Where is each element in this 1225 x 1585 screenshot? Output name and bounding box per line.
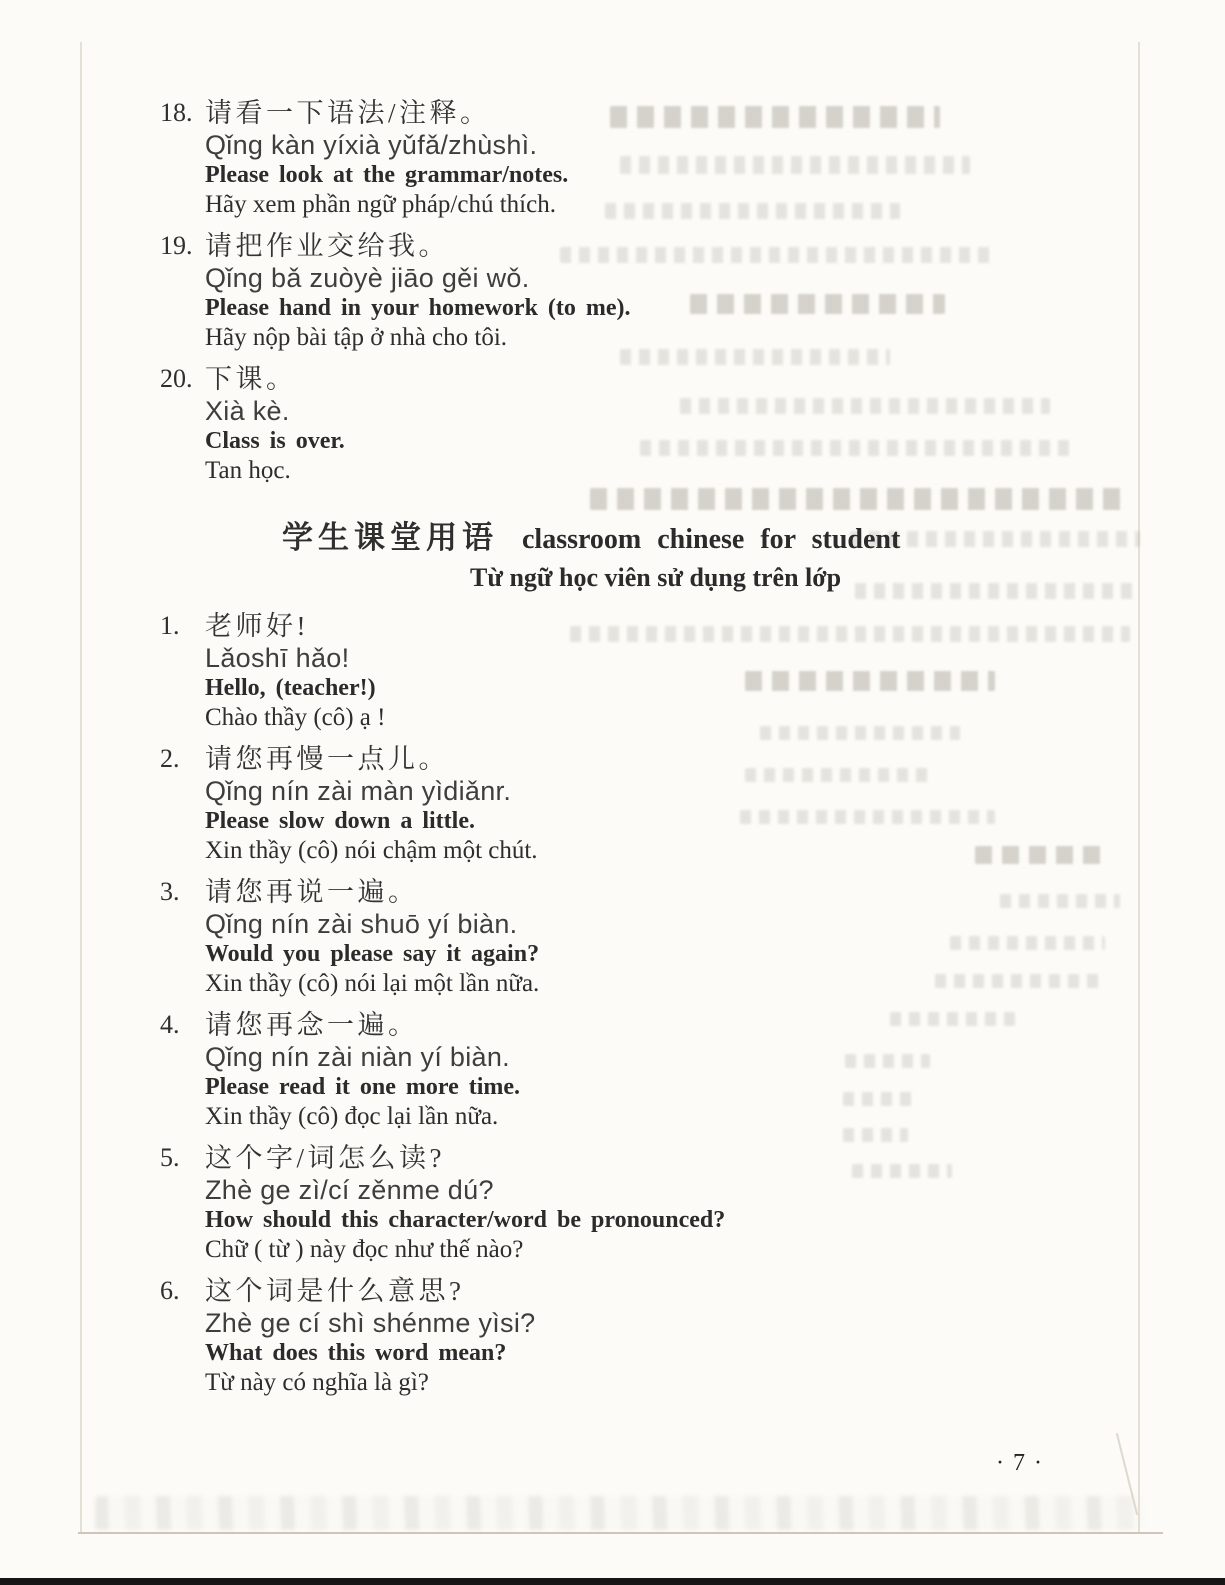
pinyin-line: Zhè ge zì/cí zěnme dú?	[205, 1175, 1020, 1205]
english-line: Hello, (teacher!)	[205, 673, 1020, 703]
phrase-entry: 18. 请看一下语法/注释。 Qǐng kàn yíxià yǔfǎ/zhùsh…	[160, 96, 1020, 220]
item-number: 2.	[160, 742, 205, 776]
pinyin-line: Qǐng nín zài niàn yí biàn.	[205, 1042, 1020, 1072]
phrase-lines: 请把作业交给我。 Qǐng bǎ zuòyè jiāo gěi wǒ. Plea…	[205, 229, 1020, 353]
vietnamese-line: Từ này có nghĩa là gì?	[205, 1368, 1020, 1398]
phrase-entry: 2. 请您再慢一点儿。 Qǐng nín zài màn yìdiǎnr. Pl…	[160, 742, 1020, 866]
english-line: Would you please say it again?	[205, 939, 1020, 969]
student-section-heading: 学生课堂用语 classroom chinese for student Từ …	[282, 512, 1020, 593]
chinese-line: 请把作业交给我。	[205, 229, 1020, 263]
item-number: 20.	[160, 362, 205, 396]
vietnamese-line: Chữ ( từ ) này đọc như thế nào?	[205, 1235, 1020, 1265]
teacher-phrases-section: 18. 请看一下语法/注释。 Qǐng kàn yíxià yǔfǎ/zhùsh…	[160, 96, 1020, 486]
phrase-lines: 请看一下语法/注释。 Qǐng kàn yíxià yǔfǎ/zhùshì. P…	[205, 96, 1020, 220]
english-line: Class is over.	[205, 426, 1020, 456]
chinese-line: 请您再念一遍。	[205, 1008, 1020, 1042]
heading-row: 学生课堂用语 classroom chinese for student	[282, 512, 1020, 557]
vietnamese-line: Hãy xem phần ngữ pháp/chú thích.	[205, 190, 1020, 220]
pinyin-line: Zhè ge cí shì shénme yìsi?	[205, 1308, 1020, 1338]
english-line: What does this word mean?	[205, 1338, 1020, 1368]
chinese-line: 请您再慢一点儿。	[205, 742, 1020, 776]
english-line: How should this character/word be pronou…	[205, 1205, 1020, 1235]
page-number: ·7·	[996, 1450, 1051, 1477]
pinyin-line: Qǐng kàn yíxià yǔfǎ/zhùshì.	[205, 130, 1020, 160]
chinese-line: 这个字/词怎么读?	[205, 1141, 1020, 1175]
item-number: 3.	[160, 875, 205, 909]
chinese-line: 请看一下语法/注释。	[205, 96, 1020, 130]
pinyin-line: Qǐng bǎ zuòyè jiāo gěi wǒ.	[205, 263, 1020, 293]
phrase-lines: 请您再慢一点儿。 Qǐng nín zài màn yìdiǎnr. Pleas…	[205, 742, 1020, 866]
phrase-lines: 请您再说一遍。 Qǐng nín zài shuō yí biàn. Would…	[205, 875, 1020, 999]
item-number: 19.	[160, 229, 205, 263]
vietnamese-line: Chào thầy (cô) ạ !	[205, 703, 1020, 733]
phrase-lines: 这个词是什么意思? Zhè ge cí shì shénme yìsi? Wha…	[205, 1274, 1020, 1398]
pinyin-line: Qǐng nín zài shuō yí biàn.	[205, 909, 1020, 939]
english-line: Please look at the grammar/notes.	[205, 160, 1020, 190]
phrase-entry: 4. 请您再念一遍。 Qǐng nín zài niàn yí biàn. Pl…	[160, 1008, 1020, 1132]
pinyin-line: Xià kè.	[205, 396, 1020, 426]
english-line: Please hand in your homework (to me).	[205, 293, 1020, 323]
scanned-book-page: 18. 请看一下语法/注释。 Qǐng kàn yíxià yǔfǎ/zhùsh…	[0, 0, 1225, 1585]
phrase-entry: 20. 下课。 Xià kè. Class is over. Tan học.	[160, 362, 1020, 486]
chinese-line: 这个词是什么意思?	[205, 1274, 1020, 1308]
vietnamese-line: Hãy nộp bài tập ở nhà cho tôi.	[205, 323, 1020, 353]
phrase-entry: 1. 老师好! Lǎoshī hǎo! Hello, (teacher!) Ch…	[160, 609, 1020, 733]
phrase-lines: 这个字/词怎么读? Zhè ge zì/cí zěnme dú? How sho…	[205, 1141, 1020, 1265]
student-phrases-section: 1. 老师好! Lǎoshī hǎo! Hello, (teacher!) Ch…	[160, 609, 1020, 1398]
english-line: Please read it one more time.	[205, 1072, 1020, 1102]
chinese-line: 老师好!	[205, 609, 1020, 643]
pinyin-line: Lǎoshī hǎo!	[205, 643, 1020, 673]
vietnamese-line: Xin thầy (cô) đọc lại lần nữa.	[205, 1102, 1020, 1132]
phrase-entry: 5. 这个字/词怎么读? Zhè ge zì/cí zěnme dú? How …	[160, 1141, 1020, 1265]
item-number: 1.	[160, 609, 205, 643]
item-number: 4.	[160, 1008, 205, 1042]
phrase-entry: 6. 这个词是什么意思? Zhè ge cí shì shénme yìsi? …	[160, 1274, 1020, 1398]
vietnamese-line: Xin thầy (cô) nói chậm một chút.	[205, 836, 1020, 866]
chinese-line: 下课。	[205, 362, 1020, 396]
vietnamese-line: Xin thầy (cô) nói lại một lần nữa.	[205, 969, 1020, 999]
page-content: 18. 请看一下语法/注释。 Qǐng kàn yíxià yǔfǎ/zhùsh…	[160, 96, 1020, 1407]
heading-chinese: 学生课堂用语	[282, 512, 498, 557]
phrase-lines: 请您再念一遍。 Qǐng nín zài niàn yí biàn. Pleas…	[205, 1008, 1020, 1132]
heading-english: classroom chinese for student	[522, 524, 900, 556]
phrase-entry: 3. 请您再说一遍。 Qǐng nín zài shuō yí biàn. Wo…	[160, 875, 1020, 999]
pinyin-line: Qǐng nín zài màn yìdiǎnr.	[205, 776, 1020, 806]
chinese-line: 请您再说一遍。	[205, 875, 1020, 909]
heading-vietnamese: Từ ngữ học viên sử dụng trên lớp	[470, 563, 1020, 593]
item-number: 18.	[160, 96, 205, 130]
item-number: 6.	[160, 1274, 205, 1308]
phrase-lines: 下课。 Xià kè. Class is over. Tan học.	[205, 362, 1020, 486]
item-number: 5.	[160, 1141, 205, 1175]
phrase-entry: 19. 请把作业交给我。 Qǐng bǎ zuòyè jiāo gěi wǒ. …	[160, 229, 1020, 353]
phrase-lines: 老师好! Lǎoshī hǎo! Hello, (teacher!) Chào …	[205, 609, 1020, 733]
vietnamese-line: Tan học.	[205, 456, 1020, 486]
english-line: Please slow down a little.	[205, 806, 1020, 836]
